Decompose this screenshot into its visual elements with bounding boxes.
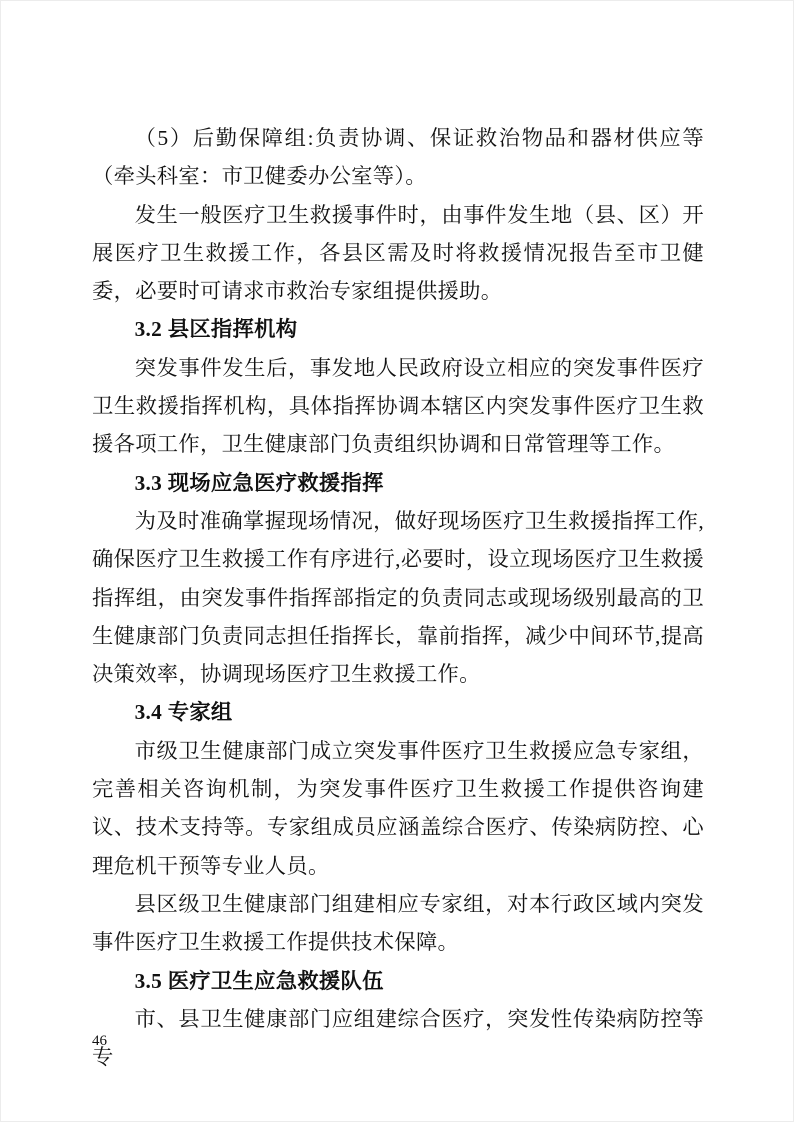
body-paragraph: 市级卫生健康部门成立突发事件医疗卫生救援应急专家组，完善相关咨询机制，为突发事件… bbox=[92, 732, 704, 885]
body-paragraph: 发生一般医疗卫生救援事件时，由事件发生地（县、区）开展医疗卫生救援工作，各县区需… bbox=[92, 196, 704, 311]
document-page: （5）后勤保障组:负责协调、保证救治物品和器材供应等（牵头科室：市卫健委办公室等… bbox=[0, 0, 794, 1122]
body-paragraph: 市、县卫生健康部门应组建综合医疗，突发性传染病防控等专 bbox=[92, 1000, 704, 1077]
body-paragraph: 为及时准确掌握现场情况，做好现场医疗卫生救援指挥工作,确保医疗卫生救援工作有序进… bbox=[92, 502, 704, 693]
page-number: 46 bbox=[92, 1030, 107, 1052]
section-heading: 3.3 现场应急医疗救援指挥 bbox=[92, 464, 704, 502]
section-heading: 3.2 县区指挥机构 bbox=[92, 310, 704, 348]
body-paragraph: （5）后勤保障组:负责协调、保证救治物品和器材供应等（牵头科室：市卫健委办公室等… bbox=[92, 119, 704, 196]
section-heading: 3.5 医疗卫生应急救援队伍 bbox=[92, 962, 704, 1000]
body-paragraph: 突发事件发生后，事发地人民政府设立相应的突发事件医疗卫生救援指挥机构，具体指挥协… bbox=[92, 349, 704, 464]
section-heading: 3.4 专家组 bbox=[92, 693, 704, 731]
document-body: （5）后勤保障组:负责协调、保证救治物品和器材供应等（牵头科室：市卫健委办公室等… bbox=[92, 119, 704, 1076]
body-paragraph: 县区级卫生健康部门组建相应专家组，对本行政区域内突发事件医疗卫生救援工作提供技术… bbox=[92, 885, 704, 962]
